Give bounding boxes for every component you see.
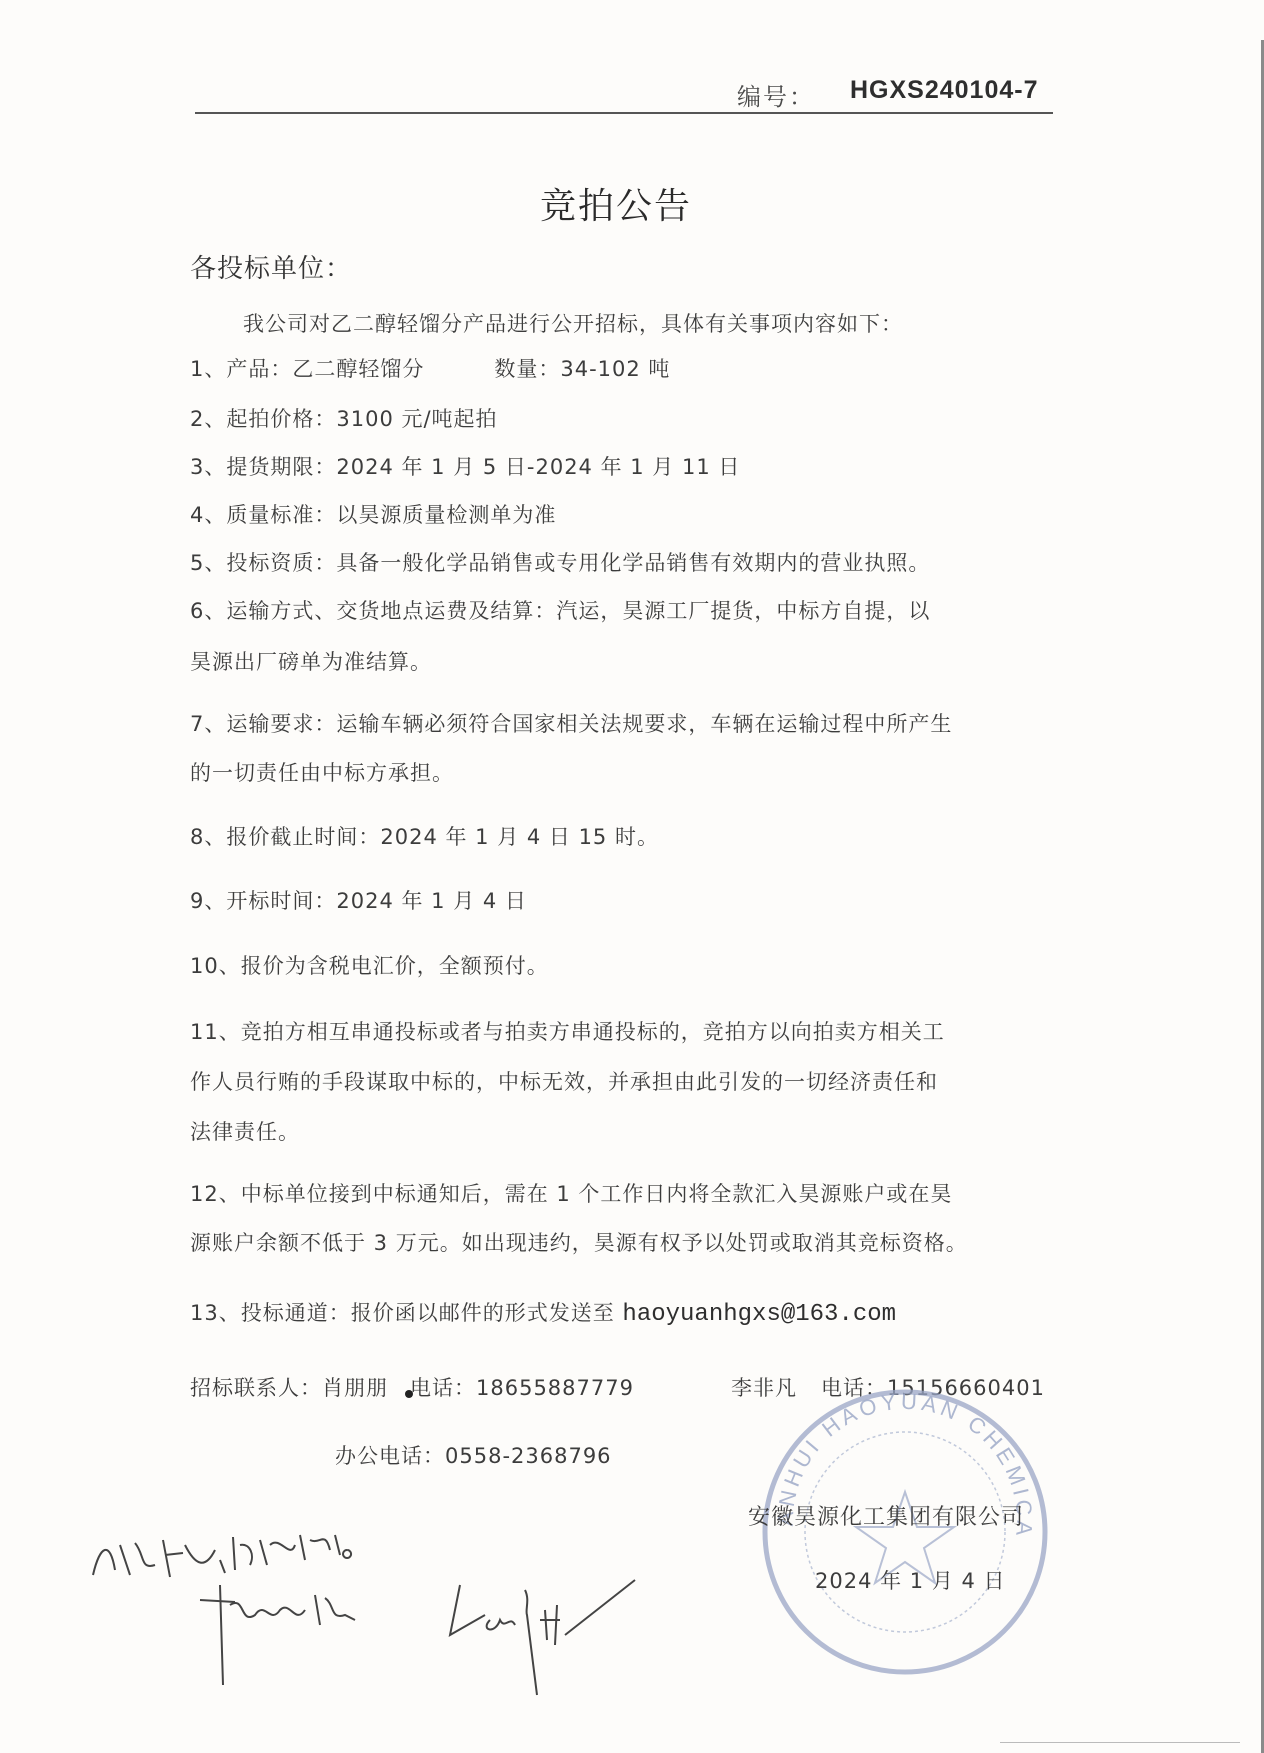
contact-label: 招标联系人： [190,1376,322,1400]
item-13-text: 13、投标通道：报价函以邮件的形式发送至 [190,1301,615,1325]
item-12-line-2: 源账户余额不低于 3 万元。如出现违约，昊源有权予以处罚或取消其竞标资格。 [190,1227,968,1257]
page-title: 竞拍公告 [540,178,692,229]
header-divider [195,112,1053,114]
item-1-quantity: 数量：34-102 吨 [494,357,670,381]
contact1-phone: 18655887779 [476,1376,634,1400]
signature-2-icon [445,1575,645,1705]
item-11-line-3: 法律责任。 [190,1116,300,1146]
item-7-line-2: 的一切责任由中标方承担。 [190,757,454,787]
contact-row: 招标联系人：肖朋朋电话：18655887779 [190,1372,634,1402]
item-10: 10、报价为含税电汇价，全额预付。 [190,950,549,980]
doc-number-label: 编号： [737,77,815,112]
office-phone-row: 办公电话：0558-2368796 [335,1440,612,1470]
salutation: 各投标单位： [190,248,352,285]
company-name: 安徽昊源化工集团有限公司 [748,1500,1024,1531]
item-9: 9、开标时间：2024 年 1 月 4 日 [190,885,527,915]
item-4: 4、质量标准：以昊源质量检测单为准 [190,499,556,529]
item-7-line-1: 7、运输要求：运输车辆必须符合国家相关法规要求，车辆在运输过程中所产生 [190,708,952,738]
scan-artifact-line [1000,1742,1240,1743]
item-1: 1、产品：乙二醇轻馏分数量：34-102 吨 [190,353,670,383]
contact1-name: 肖朋朋 [322,1376,388,1400]
item-12-line-1: 12、中标单位接到中标通知后，需在 1 个工作日内将全款汇入昊源账户或在昊 [190,1178,952,1208]
item-11-line-1: 11、竞拍方相互串通投标或者与拍卖方串通投标的，竞拍方以向拍卖方相关工 [190,1016,945,1046]
ink-dot [405,1390,413,1398]
item-6-line-2: 昊源出厂磅单为准结算。 [190,646,432,676]
item-2: 2、起拍价格：3100 元/吨起拍 [190,403,498,433]
signature-1-icon [195,1580,365,1690]
company-seal-icon: ANHUI HAOYUAN CHEMICAL GROUP [755,1382,1055,1682]
office-phone: 0558-2368796 [445,1444,612,1468]
office-phone-label: 办公电话： [335,1444,445,1468]
issue-date: 2024 年 1 月 4 日 [815,1565,1006,1595]
item-11-line-2: 作人员行贿的手段谋取中标的，中标无效，并承担由此引发的一切经济责任和 [190,1066,938,1096]
item-13: 13、投标通道：报价函以邮件的形式发送至 haoyuanhgxs@163.com [190,1297,896,1328]
bid-email-link[interactable]: haoyuanhgxs@163.com [622,1301,896,1328]
contact1-phone-label: 电话： [410,1376,476,1400]
doc-number: HGXS240104-7 [850,76,1039,105]
item-1-product: 1、产品：乙二醇轻馏分 [190,357,424,381]
intro-paragraph: 我公司对乙二醇轻馏分产品进行公开招标，具体有关事项内容如下： [243,308,903,338]
item-8: 8、报价截止时间：2024 年 1 月 4 日 15 时。 [190,821,659,851]
item-6-line-1: 6、运输方式、交货地点运费及结算：汽运，昊源工厂提货，中标方自提，以 [190,595,930,625]
item-3: 3、提货期限：2024 年 1 月 5 日-2024 年 1 月 11 日 [190,451,740,481]
item-5: 5、投标资质：具备一般化学品销售或专用化学品销售有效期内的营业执照。 [190,547,930,577]
